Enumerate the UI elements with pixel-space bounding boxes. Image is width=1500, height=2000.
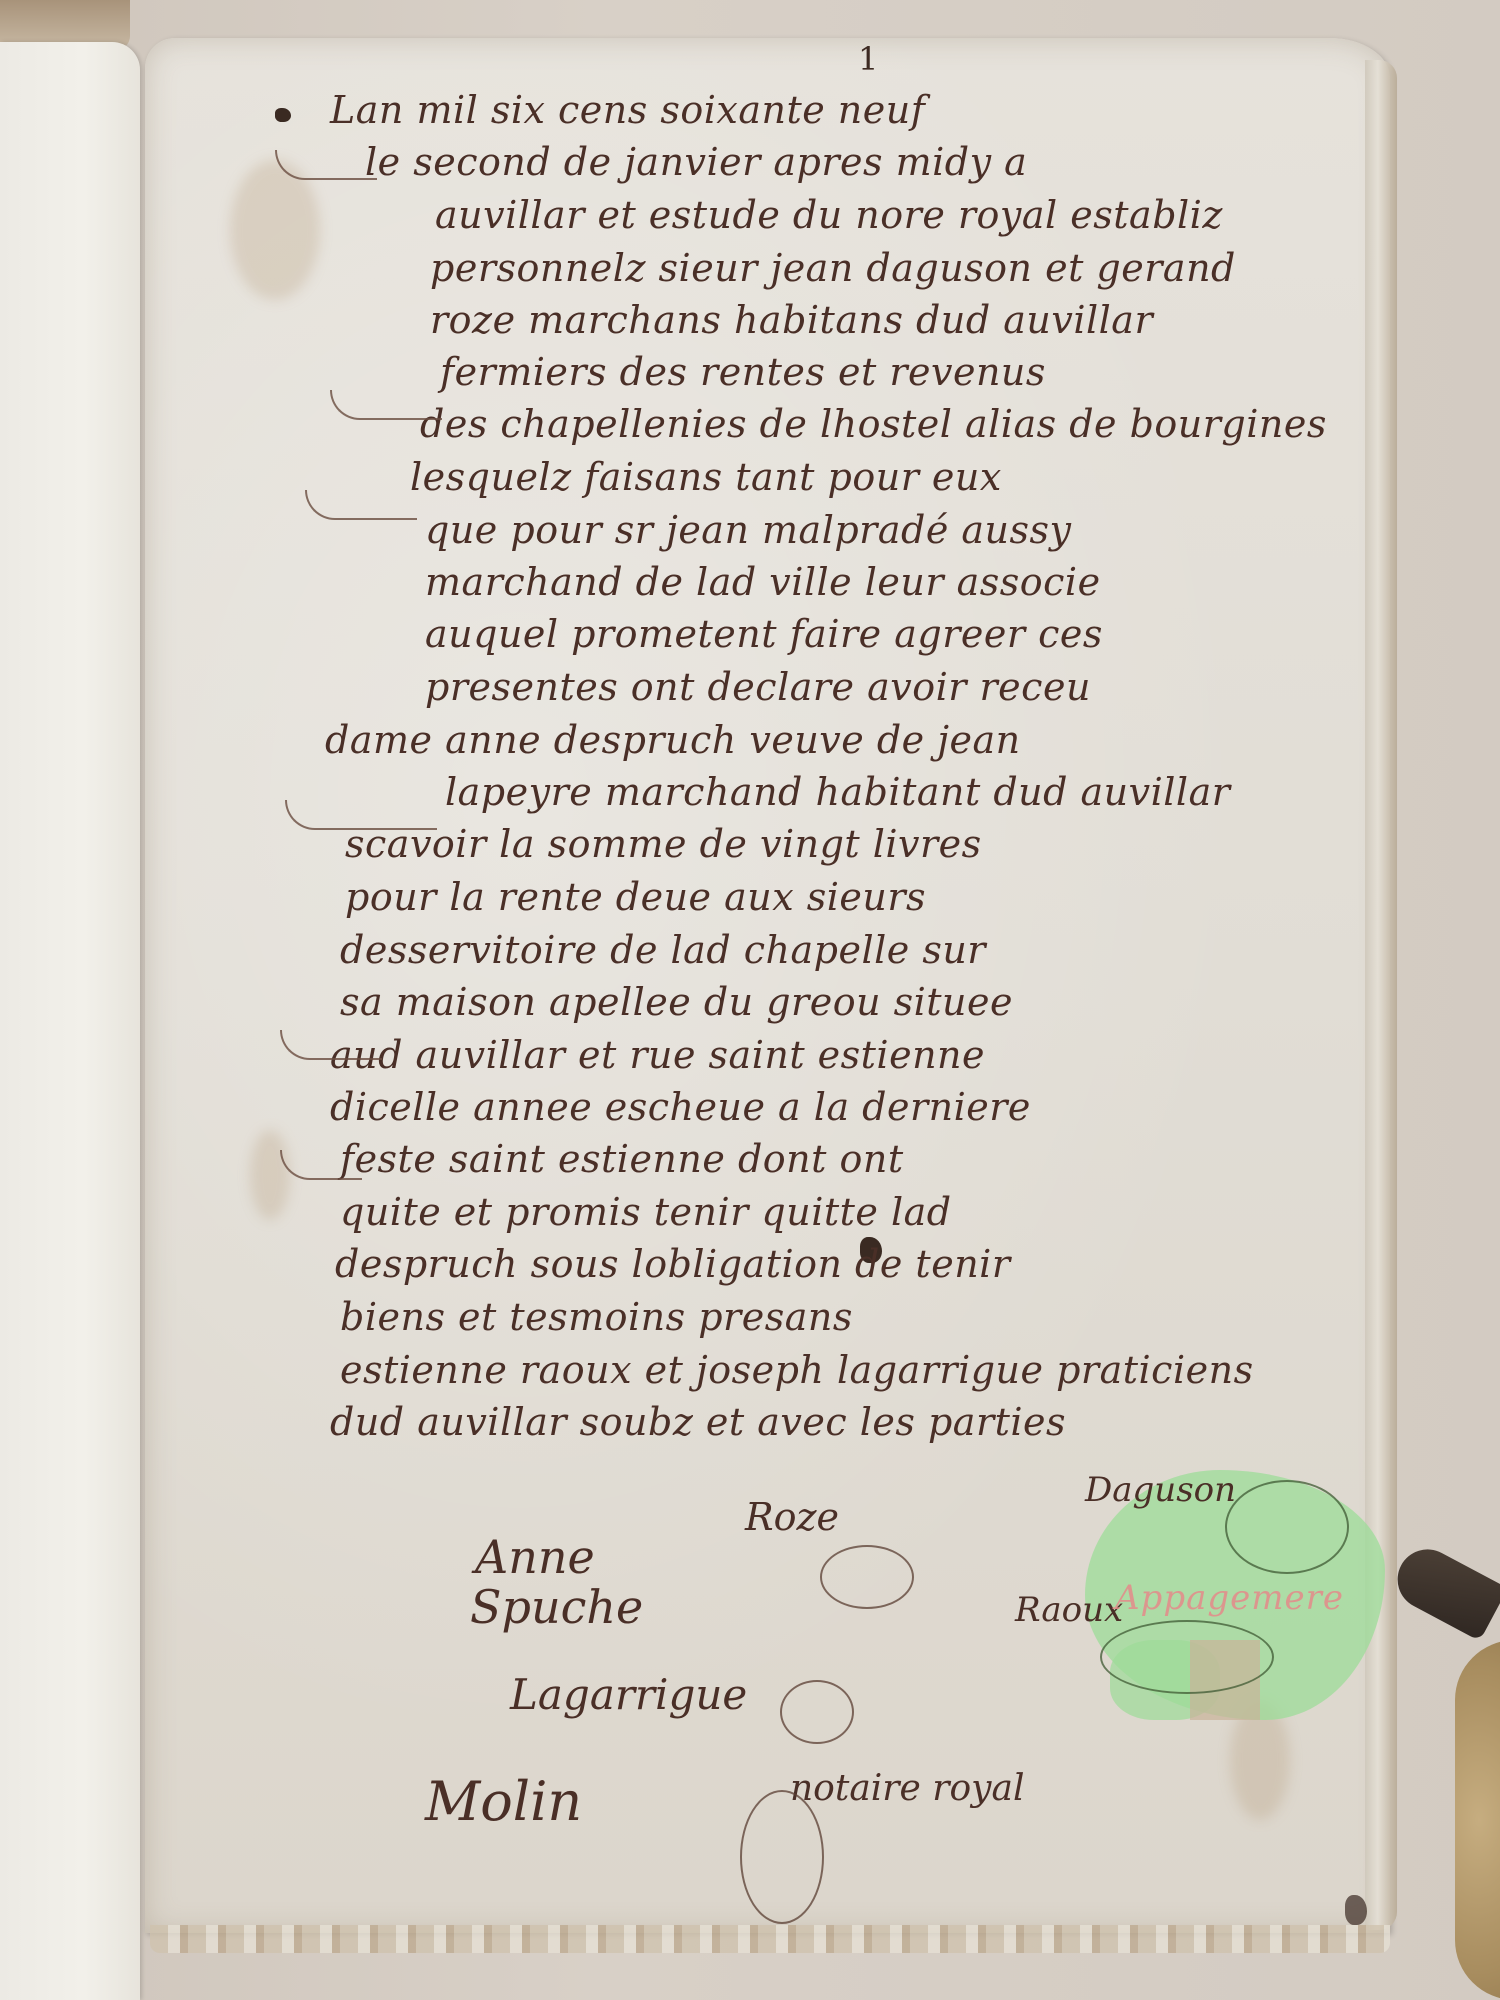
text-line: auquel prometent faire agreer ces [425, 612, 1103, 656]
line-text: marchand de lad ville leur associe [425, 560, 1101, 604]
signature-paraph [1100, 1620, 1274, 1694]
text-line: sa maison apellee du greou situee [340, 980, 1013, 1024]
text-line: roze marchans habitans dud auvillar [430, 298, 1153, 342]
line-text: le second de janvier apres midy a [365, 140, 1027, 184]
text-line: personnelz sieur jean daguson et gerand [430, 246, 1236, 290]
line-text: presentes ont declare avoir receu [425, 665, 1091, 709]
signature-roze: Roze [745, 1495, 839, 1539]
text-line: des chapellenies de lhostel alias de bou… [420, 402, 1327, 446]
text-line: aud auvillar et rue saint estienne [330, 1033, 985, 1077]
text-line: le second de janvier apres midy a [365, 140, 1027, 184]
text-line: dud auvillar soubz et avec les parties [330, 1400, 1066, 1444]
line-text: fermiers des rentes et revenus [440, 350, 1046, 394]
line-text: sa maison apellee du greou situee [340, 980, 1013, 1024]
line-text: dame anne despruch veuve de jean [325, 718, 1021, 762]
text-line: quite et promis tenir quitte lad [340, 1190, 952, 1234]
line-text: auquel prometent faire agreer ces [425, 612, 1103, 656]
line-text: desservitoire de lad chapelle sur [340, 928, 986, 972]
line-text: dud auvillar soubz et avec les parties [330, 1400, 1066, 1444]
text-line: despruch sous lobligation de tenir [335, 1242, 1011, 1286]
margin-flourish [330, 390, 442, 420]
line-text: lesquelz faisans tant pour eux [410, 455, 1002, 499]
line-text: despruch sous lobligation de tenir [335, 1242, 1011, 1286]
line-text: scavoir la somme de vingt livres [345, 822, 982, 866]
signature-lagarrigue: Lagarrigue [510, 1670, 747, 1719]
margin-flourish [280, 1030, 382, 1060]
line-text: roze marchans habitans dud auvillar [430, 298, 1153, 342]
line-text: biens et tesmoins presans [340, 1295, 853, 1339]
signature-anne: Anne [475, 1530, 595, 1584]
signature-daguson: Daguson [1085, 1470, 1236, 1510]
margin-flourish [285, 800, 437, 830]
signature-paraph [820, 1545, 914, 1609]
text-line: dame anne despruch veuve de jean [325, 718, 1021, 762]
line-text: quite et promis tenir quitte lad [340, 1190, 952, 1234]
line-text: que pour sr jean malpradé aussy [425, 508, 1072, 552]
text-line: que pour sr jean malpradé aussy [425, 508, 1072, 552]
margin-flourish [275, 150, 377, 180]
text-line: feste saint estienne dont ont [340, 1137, 904, 1181]
margin-flourish [305, 490, 417, 520]
line-text: personnelz sieur jean daguson et gerand [430, 246, 1236, 290]
line-text: des chapellenies de lhostel alias de bou… [420, 402, 1327, 446]
line-text: pour la rente deue aux sieurs [345, 875, 926, 919]
line-text: lapeyre marchand habitant dud auvillar [445, 770, 1230, 814]
text-line: desservitoire de lad chapelle sur [340, 928, 986, 972]
text-line: presentes ont declare avoir receu [425, 665, 1091, 709]
text-line: Lan mil six cens soixante neuf [330, 88, 925, 132]
signature-paraph [780, 1680, 854, 1744]
text-line: fermiers des rentes et revenus [440, 350, 1046, 394]
line-text: dicelle annee escheue a la derniere [330, 1085, 1031, 1129]
signature-paraph [740, 1790, 824, 1924]
line-text: aud auvillar et rue saint estienne [330, 1033, 985, 1077]
text-line: biens et tesmoins presans [340, 1295, 853, 1339]
line-text: feste saint estienne dont ont [340, 1137, 904, 1181]
text-line: scavoir la somme de vingt livres [345, 822, 982, 866]
line-text: Lan mil six cens soixante neuf [330, 88, 925, 132]
text-line: marchand de lad ville leur associe [425, 560, 1101, 604]
line-text: auvillar et estude du nore royal establi… [435, 193, 1223, 237]
signature-notary-title: notaire royal [790, 1768, 1024, 1809]
line-text: estienne raoux et joseph lagarrigue prat… [340, 1348, 1254, 1392]
text-line: dicelle annee escheue a la derniere [330, 1085, 1031, 1129]
photo-scene: 1 Lan mil six cens soixante neuf le seco… [0, 0, 1500, 2000]
text-line: estienne raoux et joseph lagarrigue prat… [340, 1348, 1254, 1392]
text-line: pour la rente deue aux sieurs [345, 875, 926, 919]
signature-notary: Molin [425, 1770, 582, 1833]
text-line: lesquelz faisans tant pour eux [410, 455, 1002, 499]
text-line: auvillar et estude du nore royal establi… [435, 193, 1223, 237]
text-line: lapeyre marchand habitant dud auvillar [445, 770, 1230, 814]
signature-spuche: Spuche [470, 1580, 643, 1634]
signature-raoux: Raoux [1015, 1590, 1123, 1630]
signature-paraph [1225, 1480, 1349, 1574]
watermark-text: Appagemere [1115, 1578, 1344, 1618]
